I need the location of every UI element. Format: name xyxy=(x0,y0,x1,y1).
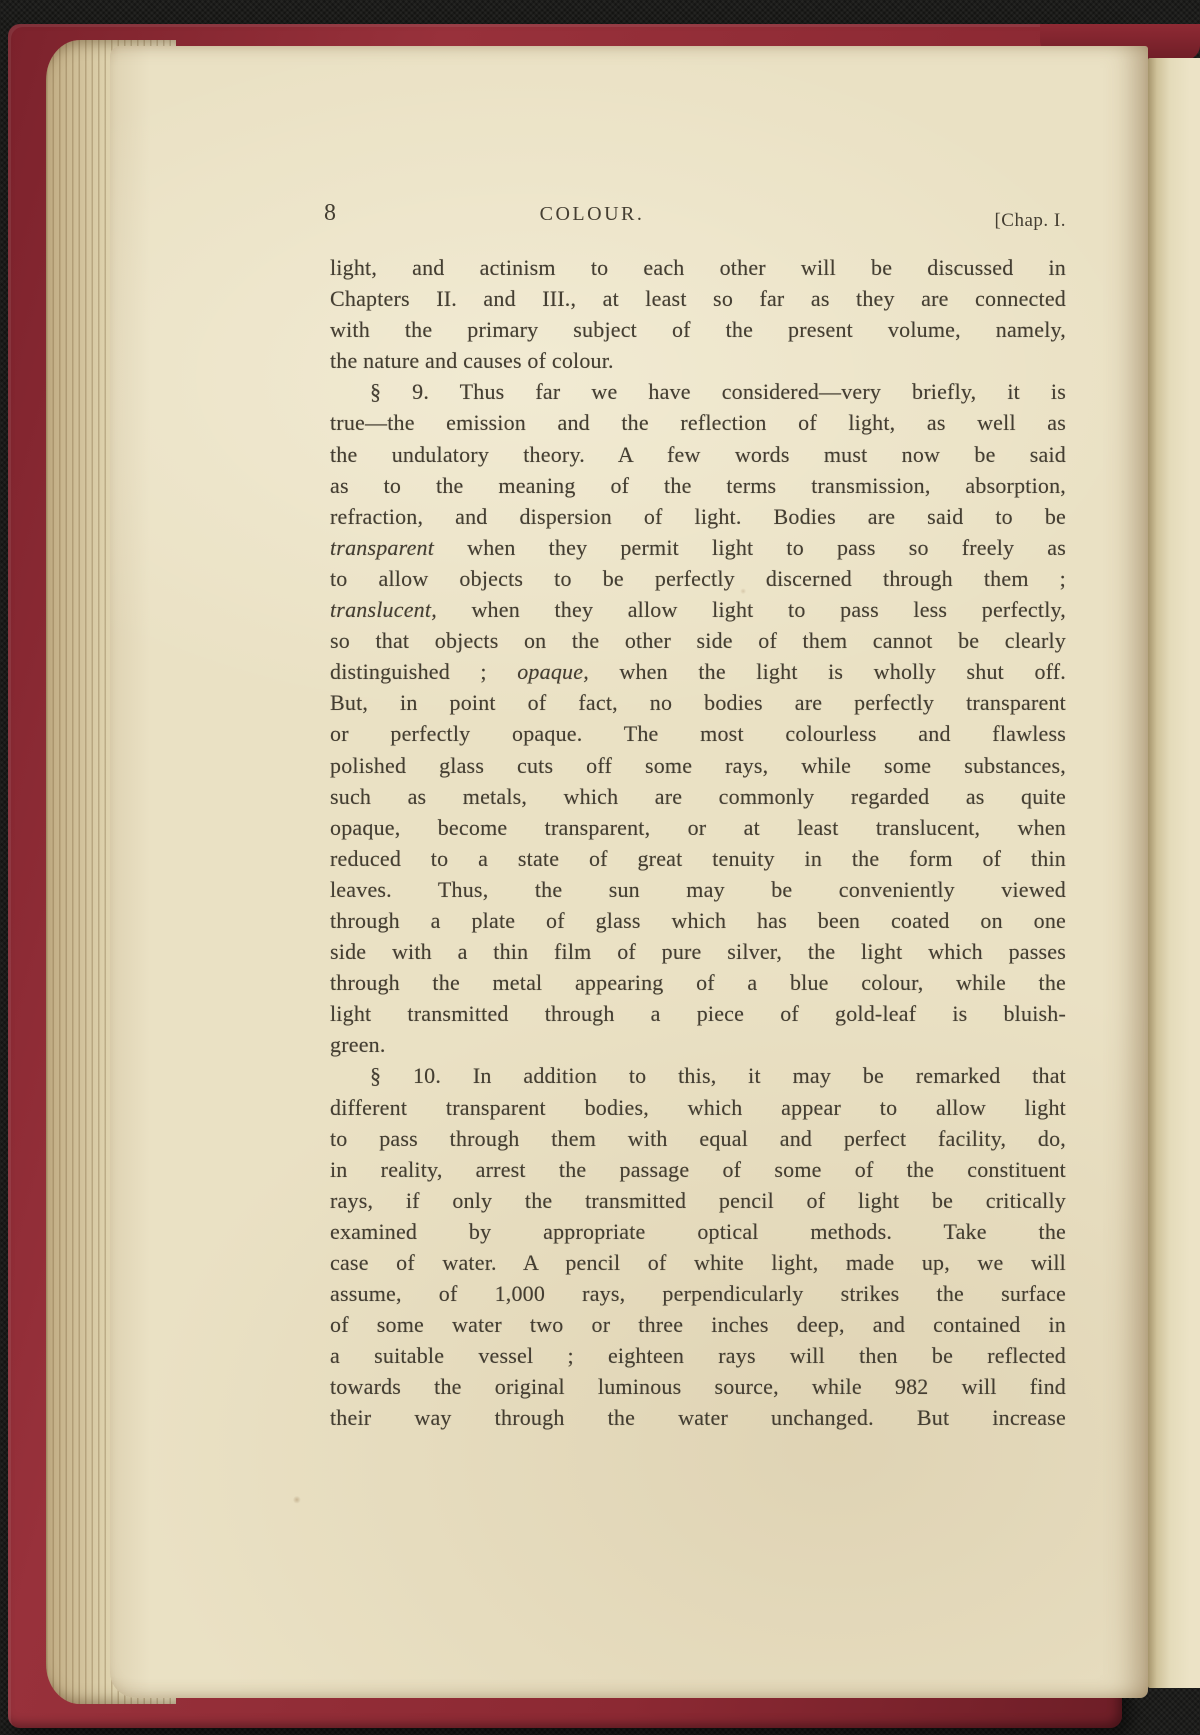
text-line: or perfectly opaque. The most colourless… xyxy=(330,718,1066,749)
text-line: light transmitted through a piece of gol… xyxy=(330,998,1066,1029)
text-line: side with a thin film of pure silver, th… xyxy=(330,936,1066,967)
book-page: 8 COLOUR. [Chap. I. light, and actinism … xyxy=(110,46,1148,1698)
text-line: light, and actinism to each other will b… xyxy=(330,252,1066,283)
text-line: rays, if only the transmitted pencil of … xyxy=(330,1185,1066,1216)
text-line: case of water. A pencil of white light, … xyxy=(330,1247,1066,1278)
text-line: polished glass cuts off some rays, while… xyxy=(330,750,1066,781)
text-line: through the metal appearing of a blue co… xyxy=(330,967,1066,998)
text-line: to allow objects to be perfectly discern… xyxy=(330,563,1066,594)
text-line: their way through the water unchanged. B… xyxy=(330,1402,1066,1433)
text-line: a suitable vessel ; eighteen rays will t… xyxy=(330,1340,1066,1371)
text-line: through a plate of glass which has been … xyxy=(330,905,1066,936)
text-block: 8 COLOUR. [Chap. I. light, and actinism … xyxy=(330,200,1066,1434)
text-line: reduced to a state of great tenuity in t… xyxy=(330,843,1066,874)
text-line: such as metals, which are commonly regar… xyxy=(330,781,1066,812)
text-block-lines: light, and actinism to each other will b… xyxy=(330,252,1066,1434)
text-line: as to the meaning of the terms transmiss… xyxy=(330,470,1066,501)
text-line: refraction, and dispersion of light. Bod… xyxy=(330,501,1066,532)
chapter-marker: [Chap. I. xyxy=(994,210,1066,232)
text-line: of some water two or three inches deep, … xyxy=(330,1309,1066,1340)
text-line: towards the original luminous source, wh… xyxy=(330,1371,1066,1402)
photo-background: 8 COLOUR. [Chap. I. light, and actinism … xyxy=(0,0,1200,1735)
text-line: different transparent bodies, which appe… xyxy=(330,1092,1066,1123)
text-line: the undulatory theory. A few words must … xyxy=(330,439,1066,470)
text-line: distinguished ; opaque, when the light i… xyxy=(330,656,1066,687)
text-line: green. xyxy=(330,1029,1066,1060)
text-line: opaque, become transparent, or at least … xyxy=(330,812,1066,843)
page-header: 8 COLOUR. [Chap. I. xyxy=(330,200,1066,237)
text-line: transparent when they permit light to pa… xyxy=(330,532,1066,563)
text-line: leaves. Thus, the sun may be convenientl… xyxy=(330,874,1066,905)
text-line: with the primary subject of the present … xyxy=(330,314,1066,345)
facing-page-edge xyxy=(1148,58,1200,1688)
text-line: to pass through them with equal and perf… xyxy=(330,1123,1066,1154)
text-line: Chapters II. and III., at least so far a… xyxy=(330,283,1066,314)
running-title: COLOUR. xyxy=(540,203,645,226)
text-line: § 10. In addition to this, it may be rem… xyxy=(330,1060,1066,1091)
text-line: in reality, arrest the passage of some o… xyxy=(330,1154,1066,1185)
text-line: true—the emission and the reflection of … xyxy=(330,407,1066,438)
page-number: 8 xyxy=(324,200,337,227)
text-line: But, in point of fact, no bodies are per… xyxy=(330,687,1066,718)
text-line: § 9. Thus far we have considered—very br… xyxy=(330,376,1066,407)
text-line: translucent, when they allow light to pa… xyxy=(330,594,1066,625)
text-line: the nature and causes of colour. xyxy=(330,345,1066,376)
text-line: assume, of 1,000 rays, perpendicularly s… xyxy=(330,1278,1066,1309)
text-line: so that objects on the other side of the… xyxy=(330,625,1066,656)
text-line: examined by appropriate optical methods.… xyxy=(330,1216,1066,1247)
